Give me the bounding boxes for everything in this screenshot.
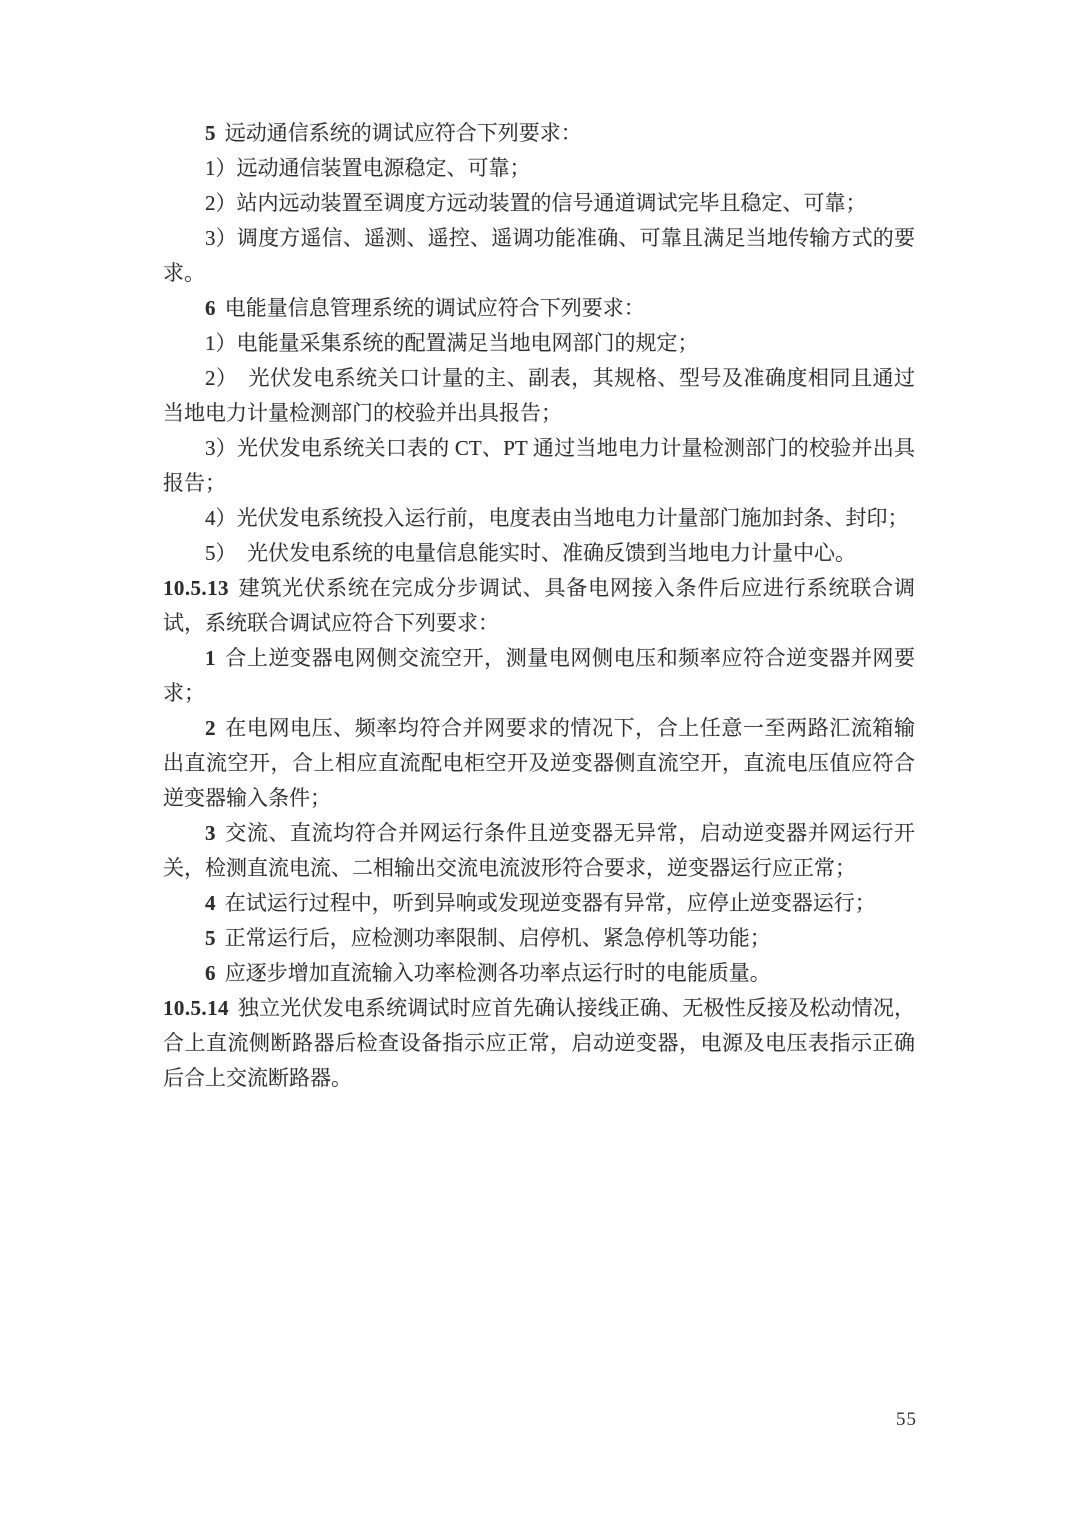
clause-number: 10.5.13 bbox=[163, 576, 229, 600]
paragraph-13-item-1: 1合上逆变器电网侧交流空开，测量电网侧电压和频率应符合逆变器并网要求； bbox=[163, 641, 915, 711]
paragraph-item-5-sub-2: 2）站内远动装置至调度方远动装置的信号通道调试完毕且稳定、可靠； bbox=[163, 186, 915, 221]
item-number: 6 bbox=[205, 961, 216, 985]
paragraph-item-6: 6电能量信息管理系统的调试应符合下列要求： bbox=[163, 291, 915, 326]
paragraph-text: 在电网电压、频率均符合并网要求的情况下，合上任意一至两路汇流箱输出直流空开，合上… bbox=[163, 716, 915, 810]
paragraph-text: 建筑光伏系统在完成分步调试、具备电网接入条件后应进行系统联合调试，系统联合调试应… bbox=[163, 576, 915, 635]
paragraph-13-item-4: 4在试运行过程中，听到异响或发现逆变器有异常，应停止逆变器运行； bbox=[163, 886, 915, 921]
item-number: 1 bbox=[205, 646, 216, 670]
page-number: 55 bbox=[896, 1406, 917, 1434]
paragraph-text: 电能量信息管理系统的调试应符合下列要求： bbox=[225, 296, 645, 320]
paragraph-item-6-sub-3: 3）光伏发电系统关口表的 CT、PT 通过当地电力计量检测部门的校验并出具报告； bbox=[163, 431, 915, 501]
item-number: 5 bbox=[205, 121, 216, 145]
document-page: 5远动通信系统的调试应符合下列要求：1）远动通信装置电源稳定、可靠；2）站内远动… bbox=[0, 0, 1080, 1527]
paragraph-text: 正常运行后，应检测功率限制、启停机、紧急停机等功能； bbox=[225, 926, 771, 950]
paragraph-text: 应逐步增加直流输入功率检测各功率点运行时的电能质量。 bbox=[225, 961, 771, 985]
paragraph-clause-10-5-13: 10.5.13建筑光伏系统在完成分步调试、具备电网接入条件后应进行系统联合调试，… bbox=[163, 571, 915, 641]
paragraph-13-item-6: 6应逐步增加直流输入功率检测各功率点运行时的电能质量。 bbox=[163, 956, 915, 991]
paragraph-item-6-sub-1: 1）电能量采集系统的配置满足当地电网部门的规定； bbox=[163, 326, 915, 361]
paragraph-text: 2） 光伏发电系统关口计量的主、副表，其规格、型号及准确度相同且通过当地电力计量… bbox=[163, 366, 915, 425]
paragraph-13-item-3: 3交流、直流均符合并网运行条件且逆变器无异常，启动逆变器并网运行开关，检测直流电… bbox=[163, 816, 915, 886]
paragraph-item-5-sub-3: 3）调度方遥信、遥测、遥控、遥调功能准确、可靠且满足当地传输方式的要求。 bbox=[163, 221, 915, 291]
item-number: 3 bbox=[205, 821, 216, 845]
paragraph-text: 合上逆变器电网侧交流空开，测量电网侧电压和频率应符合逆变器并网要求； bbox=[163, 646, 915, 705]
paragraph-text: 1）电能量采集系统的配置满足当地电网部门的规定； bbox=[205, 331, 699, 355]
paragraph-text: 在试运行过程中，听到异响或发现逆变器有异常，应停止逆变器运行； bbox=[225, 891, 876, 915]
item-number: 4 bbox=[205, 891, 216, 915]
paragraph-text: 5） 光伏发电系统的电量信息能实时、准确反馈到当地电力计量中心。 bbox=[205, 541, 856, 565]
item-number: 2 bbox=[205, 716, 216, 740]
paragraph-item-6-sub-5: 5） 光伏发电系统的电量信息能实时、准确反馈到当地电力计量中心。 bbox=[163, 536, 915, 571]
paragraph-text: 独立光伏发电系统调试时应首先确认接线正确、无极性反接及松动情况，合上直流侧断路器… bbox=[163, 996, 915, 1090]
item-number: 5 bbox=[205, 926, 216, 950]
paragraph-13-item-2: 2在电网电压、频率均符合并网要求的情况下，合上任意一至两路汇流箱输出直流空开，合… bbox=[163, 711, 915, 816]
paragraph-item-5: 5远动通信系统的调试应符合下列要求： bbox=[163, 116, 915, 151]
paragraph-text: 2）站内远动装置至调度方远动装置的信号通道调试完毕且稳定、可靠； bbox=[205, 191, 867, 215]
paragraph-item-6-sub-4: 4）光伏发电系统投入运行前，电度表由当地电力计量部门施加封条、封印； bbox=[163, 501, 915, 536]
item-number: 6 bbox=[205, 296, 216, 320]
document-text: 5远动通信系统的调试应符合下列要求：1）远动通信装置电源稳定、可靠；2）站内远动… bbox=[163, 116, 915, 1096]
paragraph-item-6-sub-2: 2） 光伏发电系统关口计量的主、副表，其规格、型号及准确度相同且通过当地电力计量… bbox=[163, 361, 915, 431]
paragraph-text: 交流、直流均符合并网运行条件且逆变器无异常，启动逆变器并网运行开关，检测直流电流… bbox=[163, 821, 915, 880]
paragraph-item-5-sub-1: 1）远动通信装置电源稳定、可靠； bbox=[163, 151, 915, 186]
paragraph-text: 1）远动通信装置电源稳定、可靠； bbox=[205, 156, 531, 180]
paragraph-text: 远动通信系统的调试应符合下列要求： bbox=[225, 121, 582, 145]
paragraph-13-item-5: 5正常运行后，应检测功率限制、启停机、紧急停机等功能； bbox=[163, 921, 915, 956]
paragraph-text: 3）调度方遥信、遥测、遥控、遥调功能准确、可靠且满足当地传输方式的要求。 bbox=[163, 226, 915, 285]
paragraph-clause-10-5-14: 10.5.14独立光伏发电系统调试时应首先确认接线正确、无极性反接及松动情况，合… bbox=[163, 991, 915, 1096]
paragraph-text: 3）光伏发电系统关口表的 CT、PT 通过当地电力计量检测部门的校验并出具报告； bbox=[163, 436, 915, 495]
clause-number: 10.5.14 bbox=[163, 996, 229, 1020]
paragraph-text: 4）光伏发电系统投入运行前，电度表由当地电力计量部门施加封条、封印； bbox=[205, 506, 909, 530]
